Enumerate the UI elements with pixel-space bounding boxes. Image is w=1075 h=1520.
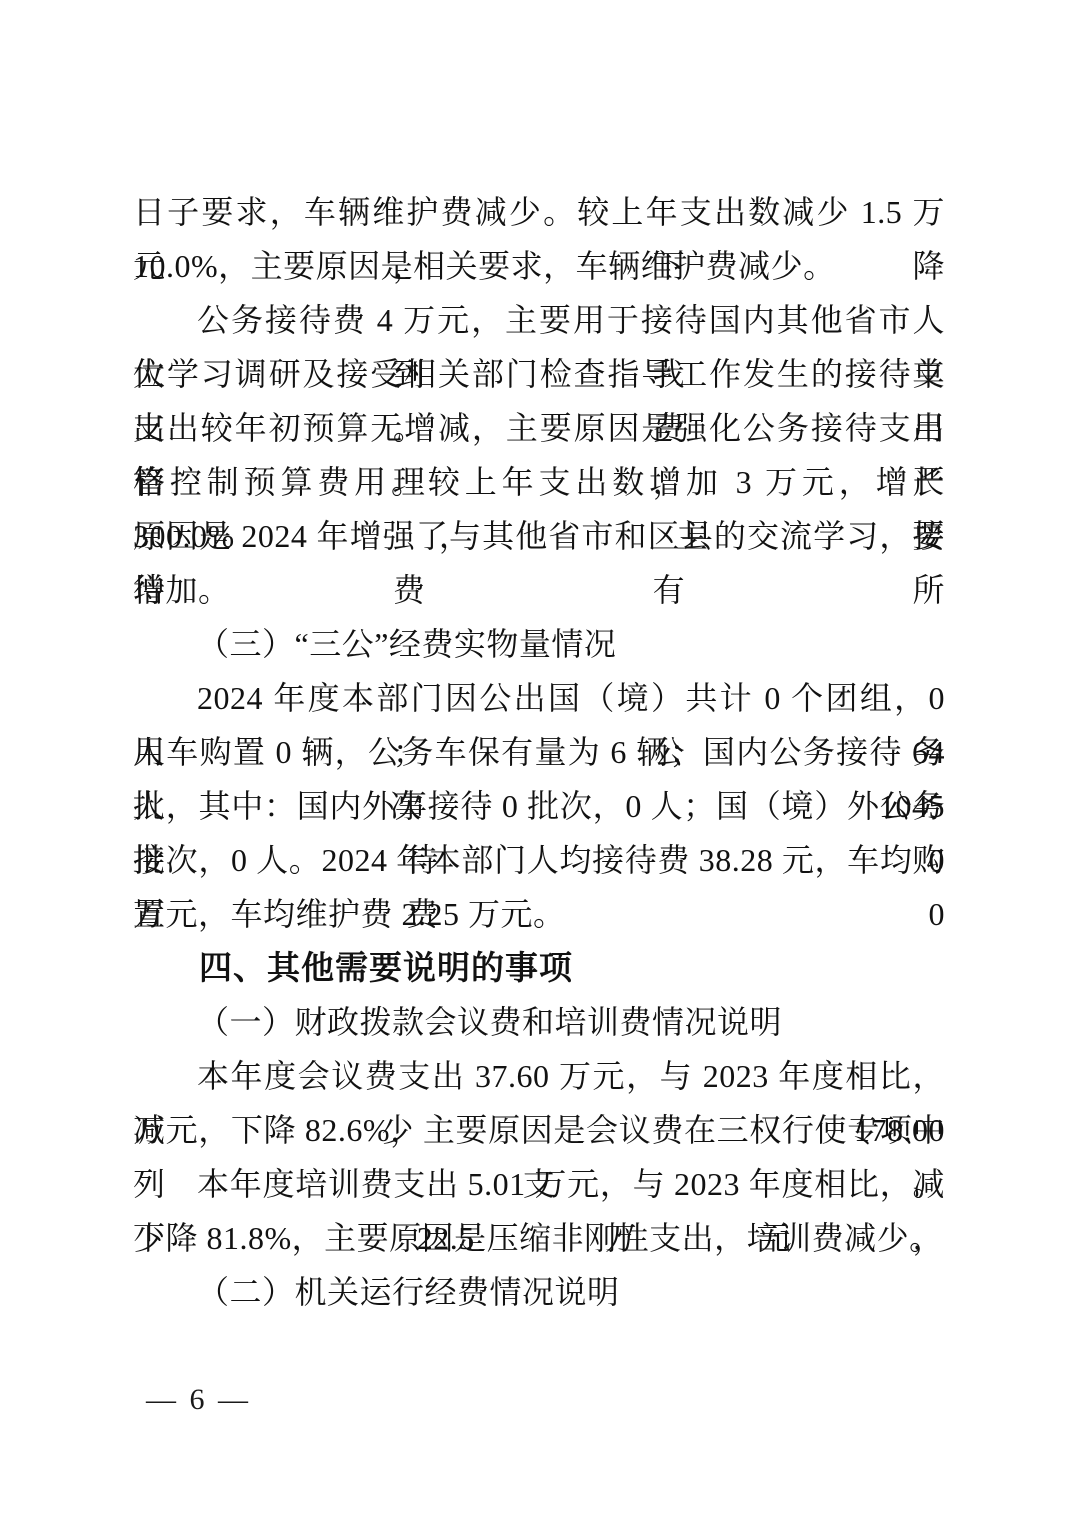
body-line: 日子要求，车辆维护费减少。较上年支出数减少 1.5 万元，下降 — [133, 185, 945, 239]
document-body: 日子要求，车辆维护费减少。较上年支出数减少 1.5 万元，下降 10.0%，主要… — [133, 185, 945, 1319]
body-line: 2024 年度本部门因公出国（境）共计 0 个团组，0 人；公务 — [133, 671, 945, 725]
body-line: 万元，下降 82.6%，主要原因是会议费在三权行使专项中列支。 — [133, 1103, 945, 1157]
subsection-heading: （三）“三公”经费实物量情况 — [133, 617, 945, 671]
body-line: 本年度培训费支出 5.01 万元，与 2023 年度相比，减少 22.5 万元， — [133, 1157, 945, 1211]
subsection-heading: （一）财政拨款会议费和培训费情况说明 — [133, 995, 945, 1049]
document-page: 日子要求，车辆维护费减少。较上年支出数减少 1.5 万元，下降 10.0%，主要… — [0, 0, 1075, 1520]
body-line: 人，其中：国内外事接待 0 批次，0 人；国（境）外公务接待 0 — [133, 779, 945, 833]
body-line: 用车购置 0 辆，公务车保有量为 6 辆；国内公务接待 64 批次 1045 — [133, 725, 945, 779]
subsection-heading: （二）机关运行经费情况说明 — [133, 1265, 945, 1319]
section-heading: 四、其他需要说明的事项 — [133, 941, 945, 995]
body-line: 公务接待费 4 万元，主要用于接待国内其他省市人大到我单 — [133, 293, 945, 347]
body-line: 原因是 2024 年增强了与其他省市和区县的交流学习，接待费有所 — [133, 509, 945, 563]
body-line: 格控制预算费用。较上年支出数增加 3 万元，增长 300.0%，主要 — [133, 455, 945, 509]
page-number: — 6 — — [146, 1382, 248, 1418]
body-line: 10.0%，主要原因是相关要求，车辆维护费减少。 — [133, 239, 945, 293]
body-line: 位学习调研及接受相关部门检查指导工作发生的接待支出。费用 — [133, 347, 945, 401]
body-line: 支出较年初预算无增减，主要原因是强化公务接待支出管理，严 — [133, 401, 945, 455]
body-line: 批次，0 人。2024 年本部门人均接待费 38.28 元，车均购置费 0 — [133, 833, 945, 887]
body-line: 本年度会议费支出 37.60 万元，与 2023 年度相比，减少 178.00 — [133, 1049, 945, 1103]
body-line: 下降 81.8%，主要原因是压缩非刚性支出，培训费减少。 — [133, 1211, 945, 1265]
